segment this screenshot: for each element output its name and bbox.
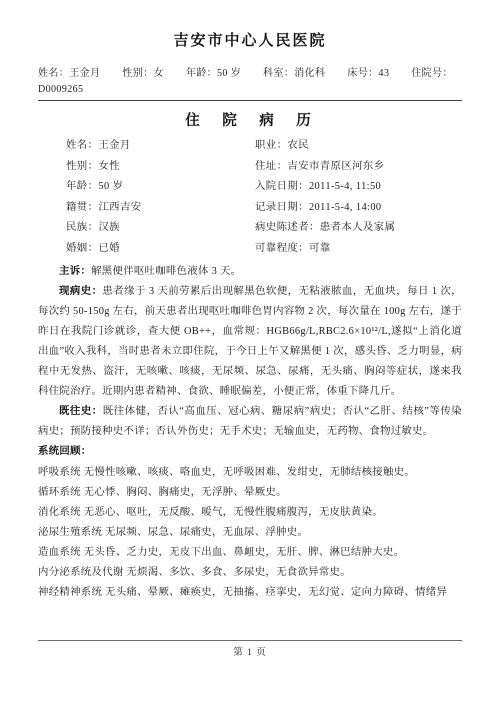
info-name: 姓名：王金月 bbox=[66, 136, 255, 157]
info-gender: 性别：女性 bbox=[66, 157, 255, 178]
info-native-place: 籍贯：江西吉安 bbox=[66, 198, 255, 219]
present-illness-text: 患者缘于 3 天前劳累后出现解黑色软便，无粘液脓血，无血块，每日 1 次，每次约… bbox=[38, 286, 462, 397]
chief-complaint-label: 主诉： bbox=[59, 266, 91, 277]
meta-admission-number-label: 住院号： bbox=[411, 68, 453, 79]
system-review-circulatory: 循环系统 无心悸、胸闷、胸痛史，无浮肿、晕厥史。 bbox=[38, 483, 462, 503]
system-review-urogenital: 泌尿生殖系统 无尿频、尿急、尿痛史，无血尿、浮肿史。 bbox=[38, 523, 462, 543]
past-history-label: 既往史： bbox=[59, 406, 103, 417]
page-content: 吉安市中心人民医院 姓名：王金月 性别：女 年龄：50 岁 科室：消化科 床号：… bbox=[38, 0, 462, 603]
info-row: 性别：女性 住址：吉安市青原区河东乡 bbox=[66, 157, 462, 178]
info-row: 籍贯：江西吉安 记录日期：2011-5-4, 14:00 bbox=[66, 198, 462, 219]
info-row: 姓名：王金月 职业：农民 bbox=[66, 136, 462, 157]
meta-admission-number: D0009265 bbox=[38, 84, 83, 95]
system-review-respiratory: 呼吸系统 无慢性咳嗽、咳痰、咯血史，无呼吸困难、发绀史，无肺结核接触史。 bbox=[38, 463, 462, 483]
info-occupation: 职业：农民 bbox=[255, 136, 462, 157]
hospital-title: 吉安市中心人民医院 bbox=[38, 29, 462, 50]
system-review-heading: 系统回顾： bbox=[38, 442, 462, 462]
info-address: 住址：吉安市青原区河东乡 bbox=[255, 157, 462, 178]
patient-info-grid: 姓名：王金月 职业：农民 性别：女性 住址：吉安市青原区河东乡 年龄：50 岁 … bbox=[38, 136, 462, 260]
medical-record-page: 吉安市中心人民医院 姓名：王金月 性别：女 年龄：50 岁 科室：消化科 床号：… bbox=[0, 0, 500, 707]
info-row: 婚姻：已婚 可靠程度：可靠 bbox=[66, 239, 462, 260]
info-row: 民族：汉族 病史陈述者：患者本人及家属 bbox=[66, 218, 462, 239]
meta-name: 姓名：王金月 bbox=[38, 68, 100, 79]
document-title: 住 院 病 历 bbox=[38, 109, 462, 130]
chief-complaint: 主诉：解黑便伴呕吐咖啡色液体 3 天。 bbox=[38, 262, 462, 282]
present-illness: 现病史：患者缘于 3 天前劳累后出现解黑色软便，无粘液脓血，无血块，每日 1 次… bbox=[38, 282, 462, 403]
meta-bed-number: 床号：43 bbox=[347, 68, 389, 79]
info-reliability: 可靠程度：可靠 bbox=[255, 239, 462, 260]
header-divider bbox=[38, 100, 462, 101]
info-ethnicity: 民族：汉族 bbox=[66, 218, 255, 239]
info-row: 年龄：50 岁 入院日期：2011-5-4, 11:50 bbox=[66, 177, 462, 198]
info-record-date: 记录日期：2011-5-4, 14:00 bbox=[255, 198, 462, 219]
meta-age: 年龄：50 岁 bbox=[186, 68, 241, 79]
past-history: 既往史：既往体健，否认“高血压、冠心病、糖尿病”病史；否认“乙肝、结核”等传染病… bbox=[38, 402, 462, 442]
system-review-digestive: 消化系统 无恶心、呕吐，无反酸、嗳气，无慢性腹痛腹泻，无皮肤黄染。 bbox=[38, 503, 462, 523]
meta-department: 科室：消化科 bbox=[263, 68, 325, 79]
present-illness-label: 现病史： bbox=[59, 286, 102, 297]
info-age: 年龄：50 岁 bbox=[66, 177, 255, 198]
patient-meta-line: 姓名：王金月 性别：女 年龄：50 岁 科室：消化科 床号：43 住院号： D0… bbox=[38, 66, 462, 97]
footer-divider bbox=[38, 640, 462, 641]
system-review-hematopoietic: 造血系统 无头昏、乏力史，无皮下出血、鼻衄史，无肝、脾、淋巴结肿大史。 bbox=[38, 543, 462, 563]
info-marriage: 婚姻：已婚 bbox=[66, 239, 255, 260]
system-review-neuropsychiatric: 神经精神系统 无头痛、晕厥、瘫痪史，无抽搐、痉挛史，无幻觉、定向力障碍、情绪异 bbox=[38, 583, 462, 603]
page-number: 第 1 页 bbox=[0, 644, 500, 658]
info-history-narrator: 病史陈述者：患者本人及家属 bbox=[255, 218, 462, 239]
info-admission-date: 入院日期：2011-5-4, 11:50 bbox=[255, 177, 462, 198]
system-review-endocrine: 内分泌系统及代谢 无烦渴、多饮、多食、多尿史，无食欲异常史。 bbox=[38, 563, 462, 583]
chief-complaint-text: 解黑便伴呕吐咖啡色液体 3 天。 bbox=[91, 266, 241, 277]
record-body: 主诉：解黑便伴呕吐咖啡色液体 3 天。 现病史：患者缘于 3 天前劳累后出现解黑… bbox=[38, 262, 462, 604]
meta-gender: 性别：女 bbox=[122, 68, 164, 79]
